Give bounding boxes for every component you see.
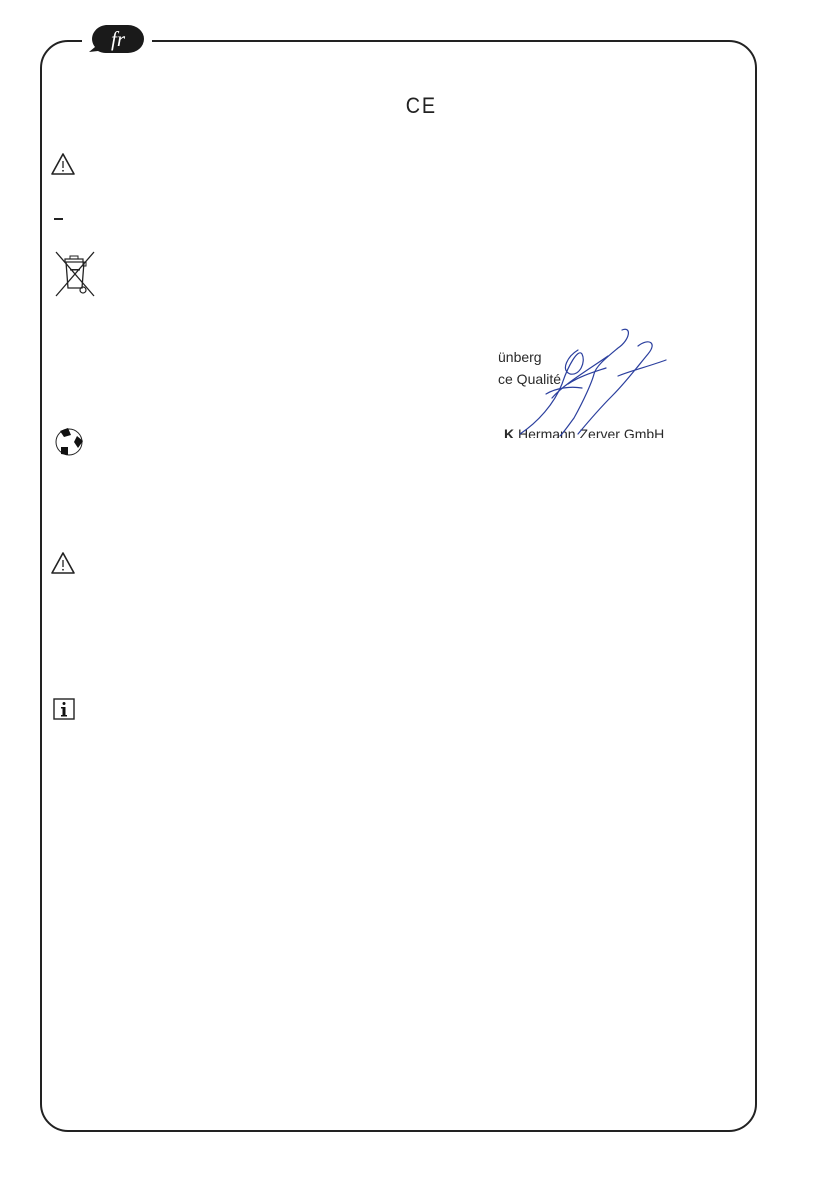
recycling-icon: [52, 425, 86, 459]
warning-triangle-icon: [50, 152, 76, 176]
language-code: fr: [111, 27, 126, 51]
ce-mark: CE: [406, 93, 437, 119]
dash-marker: [54, 218, 63, 220]
info-icon: [53, 698, 75, 720]
crossed-out-wheelie-bin-icon: [53, 250, 97, 298]
handwritten-signature: [498, 326, 668, 438]
language-badge: fr: [88, 23, 146, 55]
page-border-frame: [40, 40, 757, 1132]
warning-triangle-icon: [50, 551, 76, 575]
signature-block: ünberg ce Qualité K Hermann Zerver GmbH …: [498, 326, 668, 438]
